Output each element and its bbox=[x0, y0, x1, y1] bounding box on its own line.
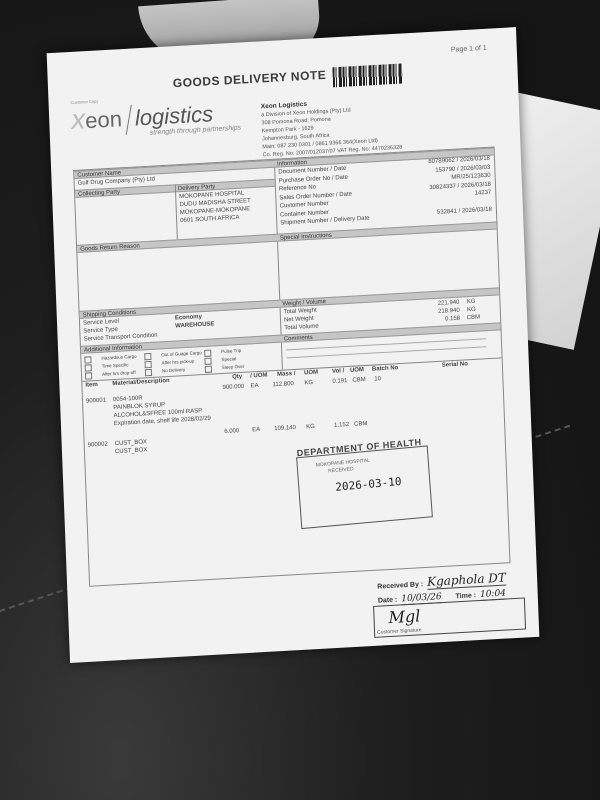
total-volume-unit: CBM bbox=[467, 315, 481, 322]
total-weight-value: 221.940 bbox=[438, 300, 460, 307]
table-header: Mass / bbox=[277, 371, 296, 378]
form-frame: Customer Name Gulf Drug Company (Pty) Lt… bbox=[73, 146, 510, 586]
page-number: Page 1 of 1 bbox=[451, 45, 487, 54]
item-batch: 10 bbox=[374, 376, 381, 382]
signature: Mgl bbox=[388, 606, 420, 627]
checkbox-label: Hazardous Cargo bbox=[101, 354, 136, 361]
checkbox-label: Special bbox=[221, 356, 236, 362]
item-description: 0054-100R bbox=[113, 395, 143, 403]
table-header: Serial No bbox=[442, 361, 468, 368]
service-level-label: Service Level bbox=[83, 319, 119, 327]
service-type-value: WAREHOUSE bbox=[175, 321, 215, 329]
checkbox-label: After hrs pick-up bbox=[162, 359, 195, 366]
service-level-value: Economy bbox=[175, 314, 202, 322]
checkbox-label: Out of Guage Cargo bbox=[161, 350, 202, 357]
checkbox-label: Sleep Over bbox=[222, 364, 245, 370]
delivery-address-line: MOKOPANE-MOKOPANE bbox=[180, 206, 251, 216]
total-volume-label: Total Volume bbox=[284, 324, 319, 332]
document-title: GOODS DELIVERY NOTE bbox=[173, 68, 327, 91]
table-header: / UOM bbox=[250, 372, 268, 379]
item-mass: 112.800 bbox=[272, 381, 293, 388]
info-label: Reference No bbox=[279, 184, 316, 192]
info-value: MR/25/123630 bbox=[451, 173, 491, 181]
info-label: Purchase Order No / Date bbox=[279, 174, 348, 184]
item-mass: 109.140 bbox=[274, 425, 296, 432]
total-weight-unit: KG bbox=[467, 299, 476, 305]
collecting-party-header: Collecting Party bbox=[75, 184, 175, 198]
item-vol-uom: CBM bbox=[354, 421, 368, 428]
total-volume-value: 0.158 bbox=[445, 316, 460, 323]
item-uom: EA bbox=[250, 383, 258, 389]
item-description: CUST_BOX bbox=[115, 439, 148, 447]
checkbox-label: Time Specific bbox=[102, 362, 129, 368]
stamp-date: 2026-03-10 bbox=[335, 475, 402, 494]
checkbox-label: No Delivery bbox=[162, 367, 185, 373]
net-weight-label: Net Weight bbox=[284, 316, 314, 324]
item-number: 900002 bbox=[88, 441, 108, 448]
checkbox-label: After hrs drop-off bbox=[102, 370, 136, 377]
info-label: Container Number bbox=[280, 209, 329, 218]
item-qty: 6.000 bbox=[224, 428, 239, 435]
total-weight-label: Total Weight bbox=[284, 308, 317, 316]
info-value: 532841 / 2026/03/18 bbox=[437, 207, 492, 216]
barcode-icon bbox=[332, 63, 403, 87]
net-weight-unit: KG bbox=[467, 307, 476, 313]
table-header: Item bbox=[85, 382, 98, 389]
item-mass-uom: KG bbox=[304, 380, 313, 386]
department-of-health-stamp: DEPARTMENT OF HEALTH MOKOPANE HOSPITAL R… bbox=[296, 445, 433, 529]
item-vol: 0.191 bbox=[332, 378, 347, 385]
delivery-party-header: Delivery Party bbox=[175, 179, 275, 193]
info-label: Customer Number bbox=[280, 201, 329, 210]
info-label: Sales Order Number / Date bbox=[279, 191, 352, 201]
service-type-label: Service Type bbox=[83, 327, 118, 335]
table-header: UOM bbox=[304, 370, 318, 377]
item-vol-uom: CBM bbox=[352, 377, 366, 384]
delivery-address-line: 0601 SOUTH AFRICA bbox=[180, 215, 239, 224]
info-value: 153790 / 2026/03/03 bbox=[435, 164, 490, 173]
item-description: CUST_BOX bbox=[115, 447, 148, 455]
item-qty: 900.000 bbox=[222, 384, 244, 391]
item-uom: EA bbox=[252, 427, 260, 433]
checkbox-label: Pulse Trip bbox=[221, 348, 241, 354]
company-address: Xeon Logistics a Division of Xeon Holdin… bbox=[261, 96, 403, 160]
customer-name-header: Customer Name bbox=[74, 160, 274, 179]
info-value: 14237 bbox=[474, 190, 491, 197]
table-header: Vol / bbox=[332, 368, 344, 375]
table-header: UOM bbox=[350, 367, 364, 374]
delivery-note-page: Page 1 of 1 GOODS DELIVERY NOTE Customer… bbox=[47, 27, 540, 663]
net-weight-value: 218.940 bbox=[438, 308, 460, 315]
table-header: Qty bbox=[232, 374, 242, 381]
item-vol: 1.152 bbox=[334, 422, 349, 429]
item-number: 900001 bbox=[86, 398, 106, 405]
item-mass-uom: KG bbox=[306, 424, 315, 430]
table-header: Batch No bbox=[372, 365, 399, 372]
